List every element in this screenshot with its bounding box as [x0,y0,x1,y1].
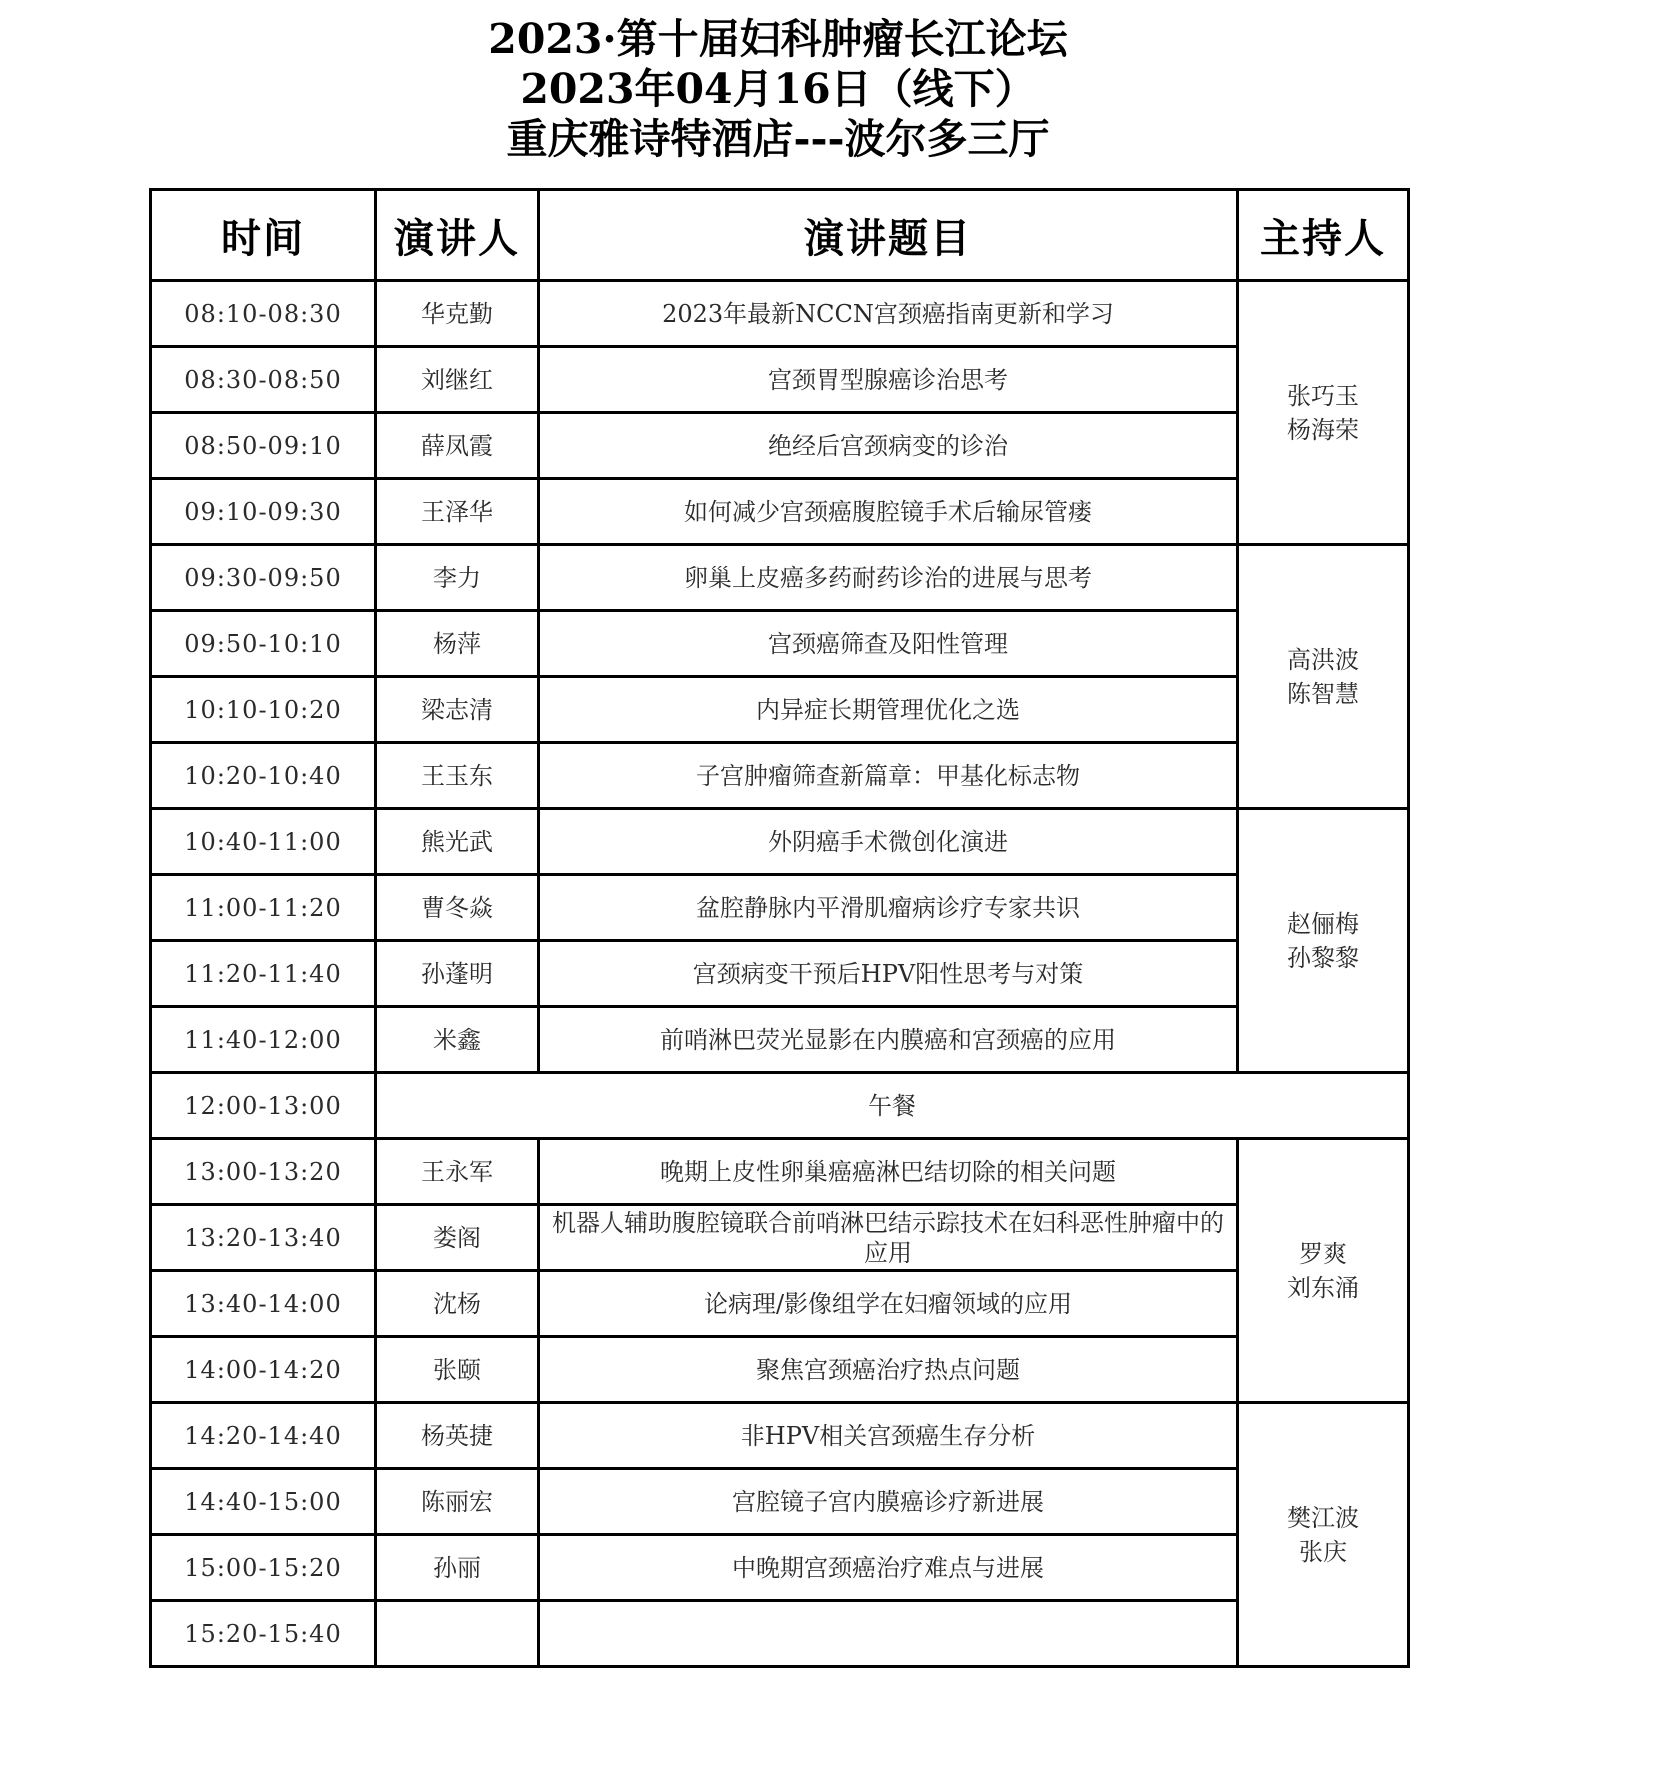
host-cell: 张巧玉 杨海荣 [1238,281,1409,545]
time-cell: 13:20-13:40 [151,1205,376,1271]
time-cell: 13:00-13:20 [151,1139,376,1205]
time-cell: 11:20-11:40 [151,941,376,1007]
event-venue: 重庆雅诗特酒店---波尔多三厅 [0,114,1556,164]
table-row: 08:30-08:50 刘继红 宫颈胃型腺癌诊治思考 [151,347,1409,413]
table-row: 09:10-09:30 王泽华 如何减少宫颈癌腹腔镜手术后输尿管瘘 [151,479,1409,545]
table-row: 08:50-09:10 薛凤霞 绝经后宫颈病变的诊治 [151,413,1409,479]
lunch-row: 12:00-13:00 午餐 [151,1073,1409,1139]
speaker-cell: 曹冬焱 [376,875,539,941]
topic-cell [539,1601,1238,1667]
topic-cell: 子宫肿瘤筛查新篇章：甲基化标志物 [539,743,1238,809]
table-row: 14:20-14:40 杨英捷 非HPV相关宫颈癌生存分析 樊江波 张庆 [151,1403,1409,1469]
time-cell: 15:20-15:40 [151,1601,376,1667]
time-cell: 14:20-14:40 [151,1403,376,1469]
table-row: 10:40-11:00 熊光武 外阴癌手术微创化演进 赵俪梅 孙黎黎 [151,809,1409,875]
time-cell: 11:00-11:20 [151,875,376,941]
time-cell: 15:00-15:20 [151,1535,376,1601]
table-row: 11:00-11:20 曹冬焱 盆腔静脉内平滑肌瘤病诊疗专家共识 [151,875,1409,941]
speaker-cell: 孙蓬明 [376,941,539,1007]
host-name: 张巧玉 [1243,379,1403,413]
table-row: 15:00-15:20 孙丽 中晚期宫颈癌治疗难点与进展 [151,1535,1409,1601]
table-row: 15:20-15:40 [151,1601,1409,1667]
schedule-table: 时间 演讲人 演讲题目 主持人 08:10-08:30 华克勤 2023年最新N… [149,188,1410,1668]
speaker-cell: 薛凤霞 [376,413,539,479]
time-cell: 08:30-08:50 [151,347,376,413]
topic-cell: 外阴癌手术微创化演进 [539,809,1238,875]
topic-cell: 中晚期宫颈癌治疗难点与进展 [539,1535,1238,1601]
host-name: 罗爽 [1243,1237,1403,1271]
time-cell: 08:50-09:10 [151,413,376,479]
time-cell: 09:50-10:10 [151,611,376,677]
time-cell: 11:40-12:00 [151,1007,376,1073]
speaker-cell: 杨英捷 [376,1403,539,1469]
topic-cell: 2023年最新NCCN宫颈癌指南更新和学习 [539,281,1238,347]
speaker-cell: 王玉东 [376,743,539,809]
topic-cell: 盆腔静脉内平滑肌瘤病诊疗专家共识 [539,875,1238,941]
host-cell: 赵俪梅 孙黎黎 [1238,809,1409,1073]
table-row: 10:20-10:40 王玉东 子宫肿瘤筛查新篇章：甲基化标志物 [151,743,1409,809]
speaker-cell: 陈丽宏 [376,1469,539,1535]
speaker-cell: 王永军 [376,1139,539,1205]
speaker-cell: 米鑫 [376,1007,539,1073]
speaker-cell: 孙丽 [376,1535,539,1601]
speaker-cell: 刘继红 [376,347,539,413]
column-header-time: 时间 [151,190,376,281]
host-name: 孙黎黎 [1243,941,1403,975]
table-row: 13:20-13:40 娄阁 机器人辅助腹腔镜联合前哨淋巴结示踪技术在妇科恶性肿… [151,1205,1409,1271]
speaker-cell: 华克勤 [376,281,539,347]
topic-cell: 卵巢上皮癌多药耐药诊治的进展与思考 [539,545,1238,611]
host-cell: 罗爽 刘东涌 [1238,1139,1409,1403]
speaker-cell: 沈杨 [376,1271,539,1337]
column-header-host: 主持人 [1238,190,1409,281]
time-cell: 12:00-13:00 [151,1073,376,1139]
speaker-cell: 娄阁 [376,1205,539,1271]
table-row: 10:10-10:20 梁志清 内异症长期管理优化之选 [151,677,1409,743]
speaker-cell: 熊光武 [376,809,539,875]
column-header-speaker: 演讲人 [376,190,539,281]
forum-title: 2023·第十届妇科肿瘤长江论坛 [0,14,1556,64]
table-row: 08:10-08:30 华克勤 2023年最新NCCN宫颈癌指南更新和学习 张巧… [151,281,1409,347]
column-header-topic: 演讲题目 [539,190,1238,281]
host-cell: 高洪波 陈智慧 [1238,545,1409,809]
host-name: 张庆 [1243,1535,1403,1569]
topic-cell: 非HPV相关宫颈癌生存分析 [539,1403,1238,1469]
time-cell: 14:00-14:20 [151,1337,376,1403]
time-cell: 09:30-09:50 [151,545,376,611]
topic-cell: 晚期上皮性卵巢癌癌淋巴结切除的相关问题 [539,1139,1238,1205]
table-row: 14:40-15:00 陈丽宏 宫腔镜子宫内膜癌诊疗新进展 [151,1469,1409,1535]
host-name: 赵俪梅 [1243,907,1403,941]
topic-cell: 宫颈病变干预后HPV阳性思考与对策 [539,941,1238,1007]
table-row: 13:00-13:20 王永军 晚期上皮性卵巢癌癌淋巴结切除的相关问题 罗爽 刘… [151,1139,1409,1205]
time-cell: 10:20-10:40 [151,743,376,809]
time-cell: 10:40-11:00 [151,809,376,875]
speaker-cell [376,1601,539,1667]
time-cell: 10:10-10:20 [151,677,376,743]
table-row: 11:20-11:40 孙蓬明 宫颈病变干预后HPV阳性思考与对策 [151,941,1409,1007]
table-header-row: 时间 演讲人 演讲题目 主持人 [151,190,1409,281]
document-title-block: 2023·第十届妇科肿瘤长江论坛 2023年04月16日（线下） 重庆雅诗特酒店… [0,14,1556,164]
topic-cell: 论病理/影像组学在妇瘤领域的应用 [539,1271,1238,1337]
topic-cell: 前哨淋巴荧光显影在内膜癌和宫颈癌的应用 [539,1007,1238,1073]
speaker-cell: 梁志清 [376,677,539,743]
topic-cell: 绝经后宫颈病变的诊治 [539,413,1238,479]
table-row: 09:50-10:10 杨萍 宫颈癌筛查及阳性管理 [151,611,1409,677]
table-row: 11:40-12:00 米鑫 前哨淋巴荧光显影在内膜癌和宫颈癌的应用 [151,1007,1409,1073]
time-cell: 13:40-14:00 [151,1271,376,1337]
host-name: 高洪波 [1243,643,1403,677]
topic-cell: 如何减少宫颈癌腹腔镜手术后输尿管瘘 [539,479,1238,545]
lunch-cell: 午餐 [376,1073,1409,1139]
speaker-cell: 王泽华 [376,479,539,545]
host-cell: 樊江波 张庆 [1238,1403,1409,1667]
table-row: 09:30-09:50 李力 卵巢上皮癌多药耐药诊治的进展与思考 高洪波 陈智慧 [151,545,1409,611]
time-cell: 09:10-09:30 [151,479,376,545]
topic-cell: 宫颈胃型腺癌诊治思考 [539,347,1238,413]
topic-cell: 内异症长期管理优化之选 [539,677,1238,743]
topic-cell: 机器人辅助腹腔镜联合前哨淋巴结示踪技术在妇科恶性肿瘤中的应用 [539,1205,1238,1271]
speaker-cell: 李力 [376,545,539,611]
speaker-cell: 张颐 [376,1337,539,1403]
speaker-cell: 杨萍 [376,611,539,677]
topic-cell: 宫腔镜子宫内膜癌诊疗新进展 [539,1469,1238,1535]
table-row: 13:40-14:00 沈杨 论病理/影像组学在妇瘤领域的应用 [151,1271,1409,1337]
time-cell: 14:40-15:00 [151,1469,376,1535]
host-name: 陈智慧 [1243,677,1403,711]
event-date: 2023年04月16日（线下） [0,64,1556,114]
host-name: 杨海荣 [1243,413,1403,447]
time-cell: 08:10-08:30 [151,281,376,347]
host-name: 刘东涌 [1243,1271,1403,1305]
host-name: 樊江波 [1243,1501,1403,1535]
table-row: 14:00-14:20 张颐 聚焦宫颈癌治疗热点问题 [151,1337,1409,1403]
topic-cell: 宫颈癌筛查及阳性管理 [539,611,1238,677]
topic-cell: 聚焦宫颈癌治疗热点问题 [539,1337,1238,1403]
